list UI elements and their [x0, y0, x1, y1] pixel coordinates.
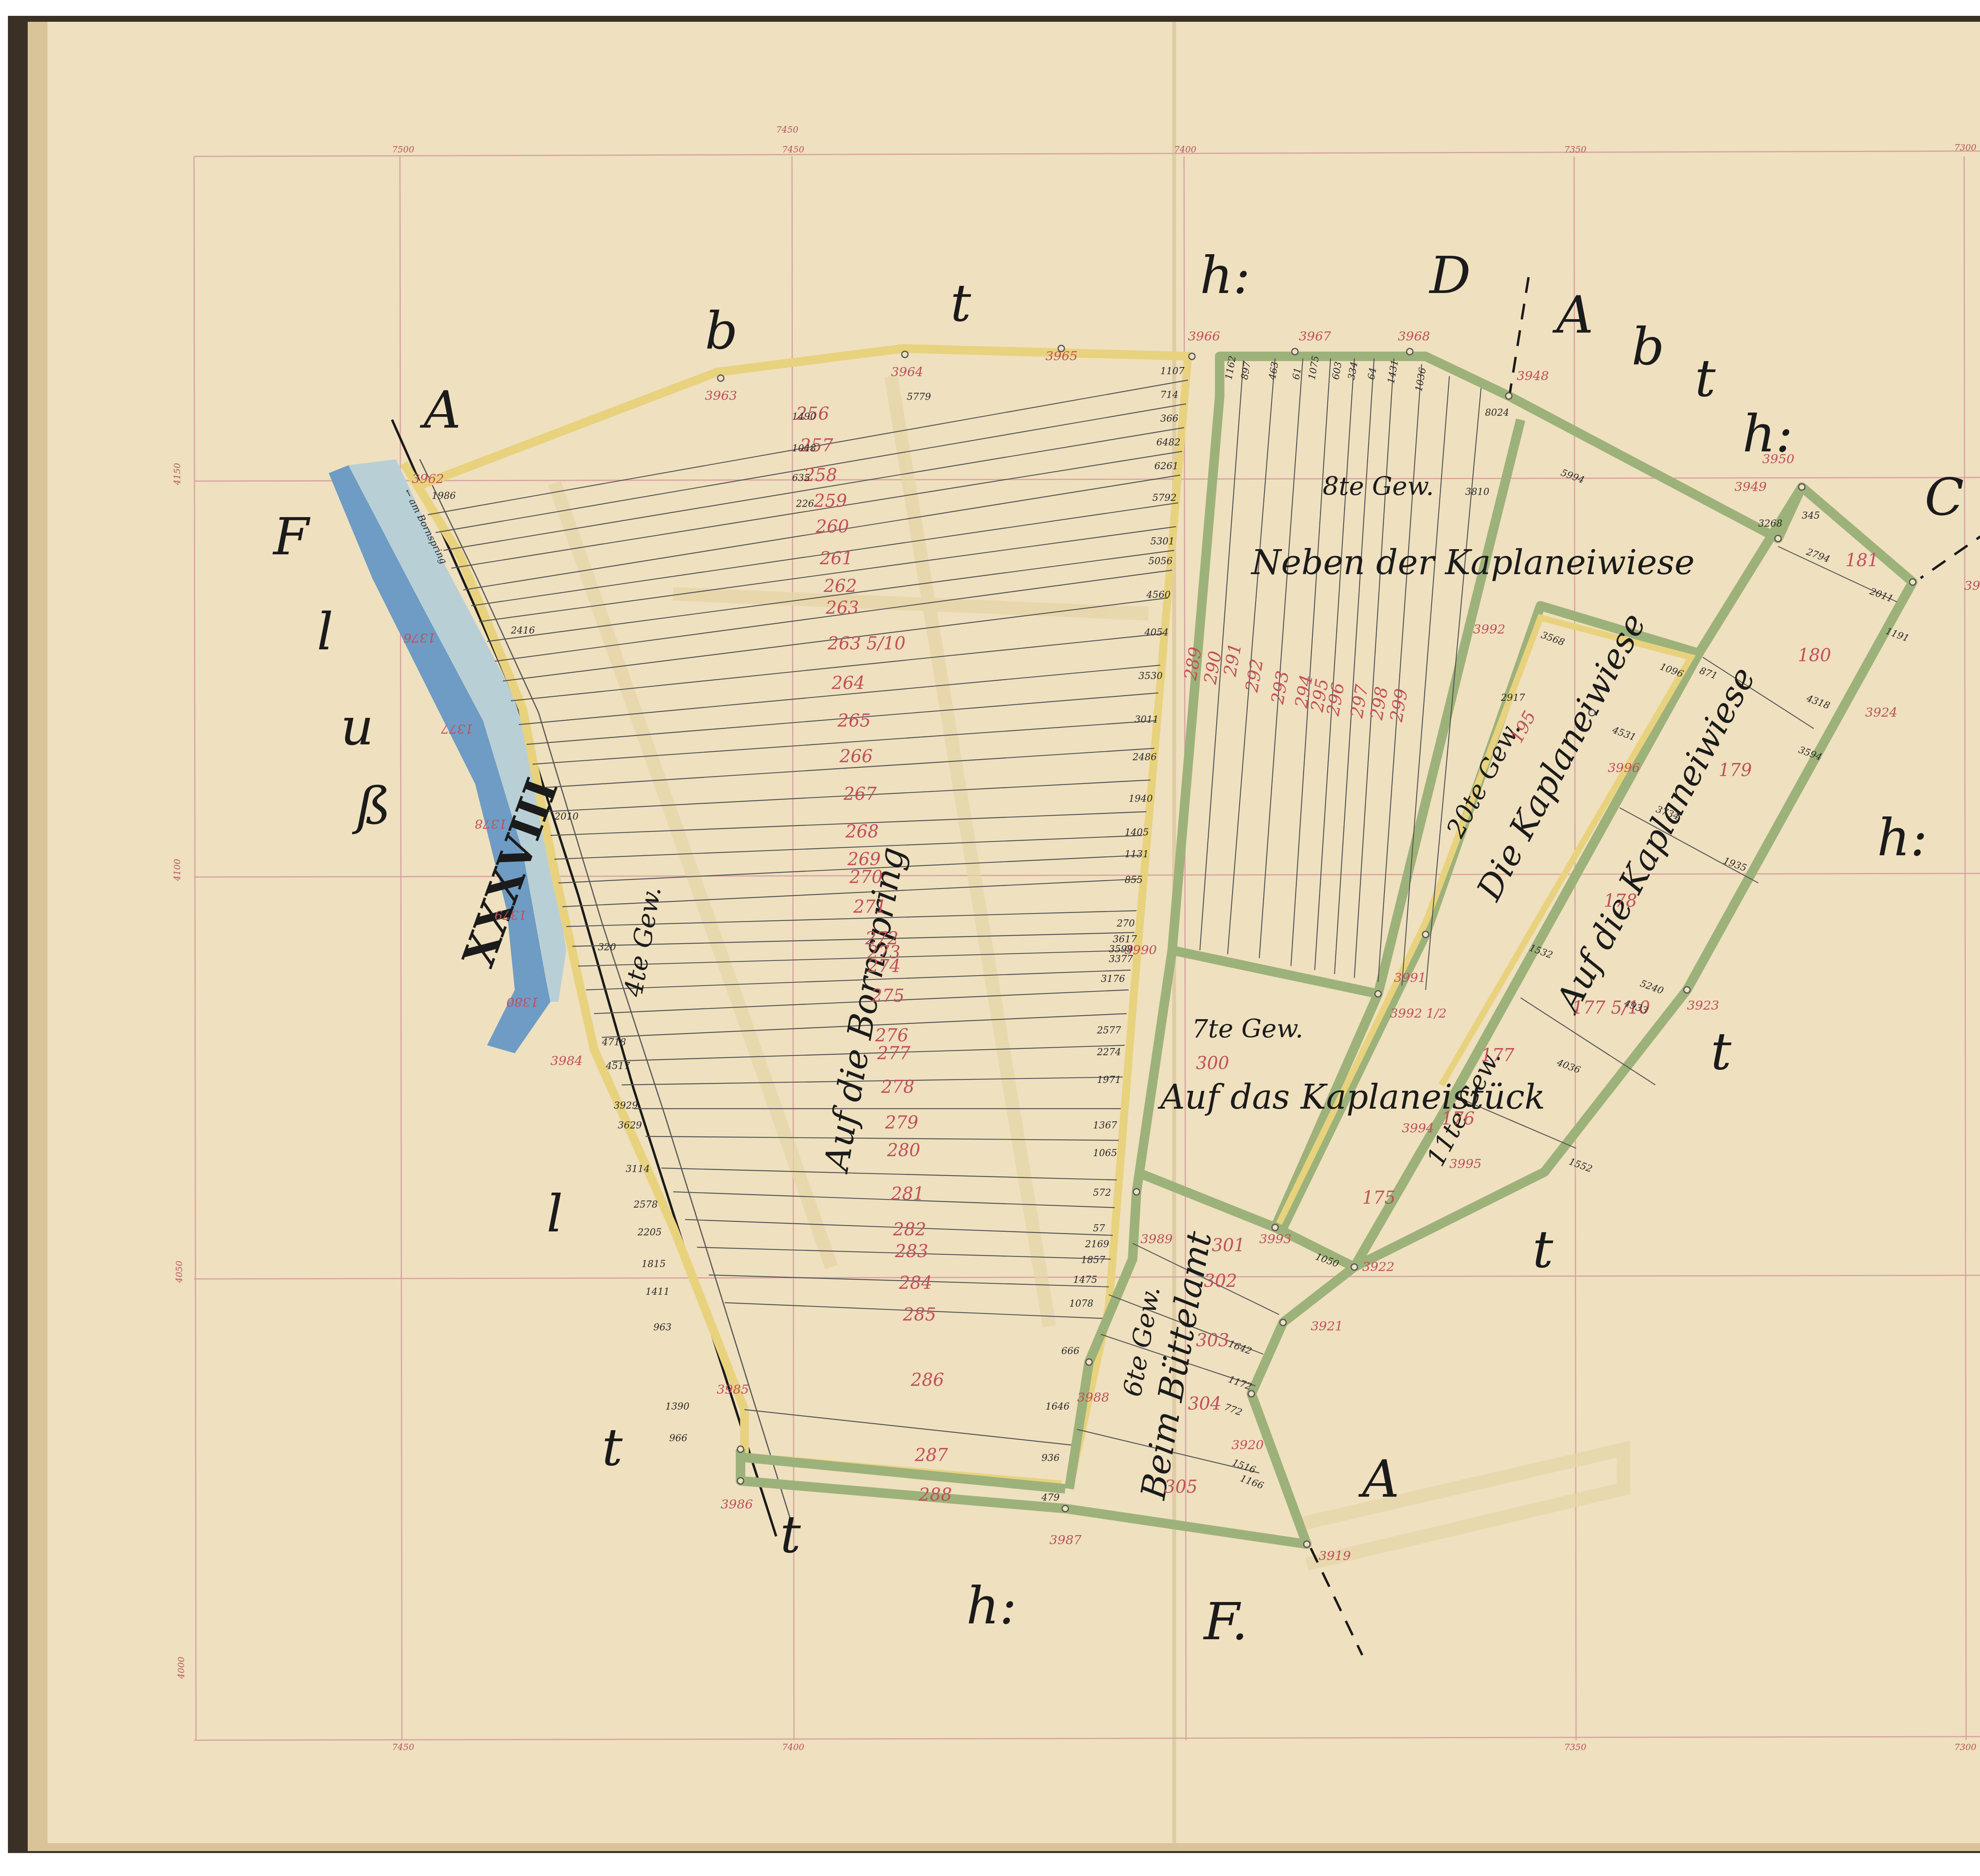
svg-text:3989: 3989: [1140, 1231, 1173, 1246]
svg-text:8te Gew.: 8te Gew.: [1323, 472, 1434, 501]
svg-text:2577: 2577: [1097, 1025, 1121, 1036]
svg-text:2205: 2205: [637, 1227, 662, 1238]
svg-text:3994: 3994: [1402, 1121, 1434, 1136]
svg-text:1646: 1646: [1045, 1401, 1070, 1412]
svg-text:F: F: [272, 506, 311, 567]
svg-text:1377: 1377: [441, 721, 473, 736]
svg-text:1986: 1986: [432, 490, 456, 501]
svg-text:572: 572: [1093, 1187, 1111, 1198]
svg-text:u: u: [341, 696, 374, 757]
svg-text:479: 479: [1041, 1492, 1060, 1503]
svg-text:284: 284: [899, 1273, 932, 1293]
svg-text:2578: 2578: [633, 1199, 658, 1210]
svg-text:3599: 3599: [1109, 944, 1133, 955]
svg-text:3929: 3929: [614, 1100, 638, 1111]
svg-text:7300: 7300: [1954, 1743, 1976, 1752]
svg-text:3984: 3984: [550, 1053, 583, 1068]
svg-text:4150: 4150: [173, 463, 183, 485]
svg-text:270: 270: [849, 867, 883, 887]
svg-text:179: 179: [1719, 760, 1752, 780]
svg-text:263 5/10: 263 5/10: [827, 634, 906, 654]
svg-text:3986: 3986: [721, 1497, 753, 1512]
paper-sheet: [48, 22, 1980, 1843]
svg-text:3985: 3985: [717, 1382, 749, 1397]
svg-text:1490: 1490: [792, 411, 816, 422]
svg-text:3923: 3923: [1687, 998, 1719, 1013]
svg-text:1390: 1390: [665, 1401, 689, 1412]
svg-text:3920: 3920: [1232, 1437, 1264, 1452]
svg-text:265: 265: [837, 711, 871, 731]
svg-text:5779: 5779: [907, 391, 931, 402]
svg-text:t: t: [1533, 1219, 1554, 1279]
svg-text:1376: 1376: [404, 630, 436, 645]
svg-text:3176: 3176: [1101, 973, 1125, 984]
svg-text:3629: 3629: [618, 1120, 642, 1131]
svg-text:4000: 4000: [177, 1657, 187, 1679]
svg-text:7350: 7350: [1564, 1743, 1586, 1752]
svg-text:C: C: [1925, 467, 1964, 527]
svg-text:855: 855: [1125, 874, 1143, 885]
svg-text:4100: 4100: [173, 859, 183, 881]
svg-text:61: 61: [1290, 367, 1303, 381]
svg-text:303: 303: [1196, 1330, 1229, 1351]
svg-text:t: t: [1711, 1021, 1732, 1081]
svg-text:3810: 3810: [1465, 486, 1489, 497]
svg-text:345: 345: [1802, 510, 1820, 521]
svg-text:3988: 3988: [1077, 1390, 1109, 1405]
svg-text:3964: 3964: [891, 364, 923, 379]
svg-text:h:: h:: [966, 1575, 1017, 1636]
svg-text:3962: 3962: [412, 471, 444, 486]
svg-text:6482: 6482: [1156, 437, 1180, 448]
svg-text:714: 714: [1160, 389, 1178, 400]
svg-text:302: 302: [1204, 1271, 1237, 1291]
svg-text:A: A: [1358, 1449, 1399, 1509]
svg-text:Neben der Kaplaneiwiese: Neben der Kaplaneiwiese: [1251, 543, 1694, 582]
svg-text:178: 178: [1604, 891, 1637, 911]
svg-text:278: 278: [881, 1077, 914, 1097]
svg-text:b: b: [705, 301, 738, 361]
svg-text:4718: 4718: [602, 1037, 626, 1048]
svg-text:320: 320: [598, 942, 616, 953]
svg-text:t: t: [780, 1504, 801, 1564]
svg-text:3993: 3993: [1259, 1231, 1291, 1246]
svg-text:4050: 4050: [175, 1261, 185, 1283]
svg-text:7te Gew.: 7te Gew.: [1192, 1014, 1303, 1044]
svg-text:260: 260: [815, 517, 849, 537]
svg-text:3995: 3995: [1449, 1156, 1481, 1171]
svg-text:1475: 1475: [1073, 1274, 1097, 1285]
svg-text:1380: 1380: [506, 995, 539, 1010]
svg-text:270: 270: [1116, 918, 1135, 929]
svg-text:1971: 1971: [1097, 1074, 1121, 1085]
svg-text:264: 264: [831, 673, 865, 693]
svg-text:7500: 7500: [392, 145, 414, 155]
svg-text:t: t: [1695, 348, 1716, 408]
svg-text:4517: 4517: [605, 1060, 630, 1071]
svg-text:3948: 3948: [1517, 368, 1549, 383]
svg-text:635: 635: [792, 472, 810, 483]
svg-text:3617: 3617: [1113, 934, 1137, 945]
svg-text:1378: 1378: [475, 816, 507, 831]
svg-text:259: 259: [813, 491, 847, 511]
svg-text:6261: 6261: [1154, 460, 1178, 472]
svg-text:277: 277: [877, 1043, 910, 1064]
svg-text:7350: 7350: [1564, 145, 1586, 155]
svg-text:300: 300: [1196, 1053, 1229, 1073]
svg-text:301: 301: [1212, 1235, 1245, 1256]
svg-text:1405: 1405: [1125, 827, 1149, 838]
svg-text:271: 271: [853, 897, 887, 917]
svg-text:1048: 1048: [792, 443, 816, 454]
svg-text:175: 175: [1362, 1188, 1396, 1208]
svg-text:3963: 3963: [705, 388, 737, 403]
svg-text:936: 936: [1041, 1452, 1060, 1463]
svg-text:57: 57: [1093, 1223, 1105, 1234]
svg-text:1857: 1857: [1081, 1254, 1106, 1265]
svg-text:2917: 2917: [1500, 692, 1525, 703]
svg-text:963: 963: [653, 1322, 672, 1333]
svg-text:3925: 3925: [1964, 578, 1980, 593]
svg-text:3950: 3950: [1762, 451, 1794, 466]
svg-text:268: 268: [845, 822, 879, 842]
svg-text:267: 267: [843, 784, 877, 804]
svg-text:1131: 1131: [1125, 849, 1149, 860]
svg-text:263: 263: [825, 598, 859, 618]
svg-text:275: 275: [871, 986, 904, 1006]
svg-text:3966: 3966: [1188, 329, 1220, 344]
svg-text:1065: 1065: [1093, 1147, 1117, 1159]
svg-text:226: 226: [796, 498, 814, 509]
svg-text:304: 304: [1188, 1394, 1221, 1414]
svg-text:t: t: [602, 1417, 623, 1477]
svg-text:7450: 7450: [782, 145, 804, 155]
svg-text:3268: 3268: [1758, 518, 1782, 529]
svg-text:F.: F.: [1203, 1591, 1248, 1651]
svg-text:5056: 5056: [1148, 556, 1173, 567]
svg-text:h:: h:: [1200, 245, 1251, 305]
svg-text:7450: 7450: [392, 1743, 414, 1752]
svg-text:A: A: [420, 380, 461, 440]
svg-text:276: 276: [875, 1026, 908, 1046]
svg-text:274: 274: [867, 956, 901, 976]
svg-text:2416: 2416: [510, 625, 535, 636]
svg-text:l: l: [546, 1183, 563, 1244]
svg-text:1940: 1940: [1129, 793, 1153, 804]
svg-text:305: 305: [1164, 1477, 1198, 1497]
svg-text:3924: 3924: [1865, 705, 1897, 720]
svg-text:262: 262: [823, 576, 857, 596]
svg-text:3967: 3967: [1299, 329, 1331, 344]
svg-text:3992: 3992: [1473, 622, 1505, 637]
svg-text:3996: 3996: [1608, 760, 1640, 775]
svg-text:3114: 3114: [626, 1163, 650, 1174]
svg-text:3530: 3530: [1138, 670, 1163, 681]
svg-text:2274: 2274: [1097, 1046, 1121, 1058]
svg-text:h:: h:: [1877, 807, 1928, 868]
svg-text:3922: 3922: [1362, 1259, 1394, 1274]
svg-text:7300: 7300: [1954, 143, 1976, 153]
svg-text:3921: 3921: [1311, 1319, 1343, 1334]
svg-text:1107: 1107: [1160, 365, 1185, 377]
svg-text:261: 261: [819, 548, 853, 569]
svg-text:3992 1/2: 3992 1/2: [1390, 1006, 1447, 1021]
svg-text:5792: 5792: [1152, 492, 1177, 503]
svg-text:3991: 3991: [1394, 970, 1426, 985]
svg-text:966: 966: [669, 1433, 687, 1444]
svg-text:1367: 1367: [1093, 1120, 1118, 1131]
svg-text:3987: 3987: [1049, 1532, 1082, 1547]
map-scan: 7500 7450 7450 7400 7350 7300 7450 7400 …: [0, 0, 1980, 1876]
svg-text:280: 280: [887, 1140, 920, 1161]
svg-text:8024: 8024: [1485, 407, 1509, 418]
svg-text:176: 176: [1441, 1109, 1475, 1129]
svg-text:7400: 7400: [1174, 145, 1196, 155]
svg-text:177: 177: [1481, 1045, 1514, 1065]
svg-text:282: 282: [893, 1220, 926, 1240]
svg-text:4560: 4560: [1146, 589, 1171, 600]
svg-text:ß: ß: [352, 776, 391, 836]
svg-text:1411: 1411: [645, 1286, 670, 1297]
svg-text:A: A: [1552, 285, 1594, 345]
svg-text:3968: 3968: [1398, 329, 1430, 344]
svg-text:285: 285: [902, 1305, 936, 1325]
svg-text:64: 64: [1365, 367, 1378, 381]
svg-text:279: 279: [885, 1113, 918, 1133]
svg-text:4054: 4054: [1144, 627, 1169, 638]
svg-text:3949: 3949: [1734, 479, 1767, 494]
svg-text:t: t: [950, 273, 971, 333]
svg-text:287: 287: [914, 1445, 948, 1465]
svg-text:2486: 2486: [1132, 752, 1157, 763]
svg-text:l: l: [317, 601, 333, 662]
svg-text:2010: 2010: [554, 811, 579, 822]
svg-text:181: 181: [1845, 550, 1879, 571]
svg-text:7400: 7400: [782, 1743, 804, 1752]
svg-text:1815: 1815: [642, 1258, 666, 1269]
svg-text:269: 269: [847, 849, 881, 870]
svg-text:1379: 1379: [495, 908, 527, 923]
svg-text:b: b: [1632, 316, 1664, 377]
svg-text:288: 288: [918, 1485, 952, 1505]
svg-text:3377: 3377: [1109, 953, 1133, 965]
svg-text:281: 281: [891, 1184, 924, 1204]
svg-text:180: 180: [1798, 645, 1831, 666]
svg-text:366: 366: [1160, 413, 1178, 424]
svg-text:1078: 1078: [1069, 1298, 1093, 1309]
svg-text:666: 666: [1061, 1345, 1079, 1357]
svg-text:7450: 7450: [776, 125, 798, 135]
svg-text:3011: 3011: [1135, 714, 1159, 725]
svg-text:3919: 3919: [1319, 1548, 1351, 1563]
svg-text:5301: 5301: [1150, 536, 1175, 547]
svg-text:D: D: [1429, 245, 1471, 305]
svg-text:2169: 2169: [1085, 1239, 1109, 1250]
svg-text:286: 286: [910, 1370, 944, 1390]
svg-text:283: 283: [895, 1241, 928, 1261]
svg-text:266: 266: [839, 746, 873, 767]
